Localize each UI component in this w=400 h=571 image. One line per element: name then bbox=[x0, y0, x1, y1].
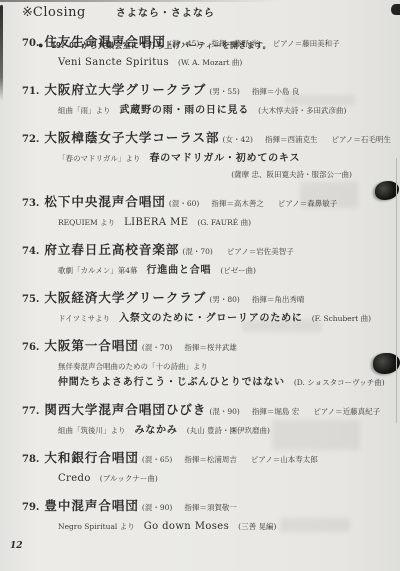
program-entry: 78.大和銀行合唱団(混・65)指揮＝松浦周吉ピアノ＝山本寿太郎Credo(ブル… bbox=[22, 450, 400, 485]
conductor-credit: 指揮＝松浦周吉 bbox=[184, 452, 237, 468]
conductor-credit: 指揮＝小島 良 bbox=[252, 84, 299, 100]
work-title: 武蔵野の雨・雨の日に見る bbox=[120, 105, 250, 116]
closing-row: ※Closing さよなら・さよなら bbox=[22, 4, 400, 20]
work-title: 仲間たちよさあ行こう・じぶんひとりではない bbox=[58, 377, 285, 388]
repertoire-line: 組曲「雨」より武蔵野の雨・雨の日に見る(大木惇夫詩・多田武彦曲) bbox=[58, 101, 400, 117]
work-title: みなかみ bbox=[135, 425, 178, 436]
repertoire-lines: 組曲「雨」より武蔵野の雨・雨の日に見る(大木惇夫詩・多田武彦曲) bbox=[58, 101, 400, 117]
pianist-credit: ピアノ＝岩佐美智子 bbox=[227, 244, 294, 260]
entry-number: 70. bbox=[22, 36, 39, 52]
repertoire-line: (薩摩 忠、阪田寛夫詩・服部公一曲) bbox=[58, 165, 352, 181]
pianist-credit: ピアノ＝森鼻敏子 bbox=[278, 196, 337, 212]
repertoire-line: 「春のマドリガル」より春のマドリガル・初めてのキス bbox=[58, 149, 400, 165]
repertoire-lines: 組曲「筑後川」よりみなかみ(丸山 豊詩・團伊玖磨曲) bbox=[58, 421, 400, 437]
entry-header-row: 76.大阪第一合唱団(混・70)指揮＝桜井武雄 bbox=[22, 338, 400, 356]
work-source: 無伴奏混声合唱曲のための「十の詩曲」より bbox=[58, 362, 208, 371]
repertoire-line: Credo(ブルックナー曲) bbox=[58, 469, 400, 485]
work-source: REQUIEM より bbox=[58, 218, 115, 227]
work-source: 「春のマドリガル」より bbox=[58, 154, 140, 163]
work-source: Negro Spiritual より bbox=[58, 522, 135, 531]
composer-credit: (大木惇夫詩・多田武彦曲) bbox=[258, 106, 346, 115]
conductor-credit: 指揮＝桜井武雄 bbox=[184, 340, 237, 356]
choir-name: 大阪第一合唱団 bbox=[44, 338, 139, 354]
choir-name: 府立春日丘高校音楽部 bbox=[44, 242, 179, 258]
program-entry-list: 70.住友生命混声合唱団(混・45)指揮＝藤野 光ピアノ＝藤田美和子Veni S… bbox=[0, 34, 400, 546]
repertoire-line: Veni Sancte Spiritus(W. A. Mozart 曲) bbox=[58, 53, 400, 69]
entry-header-row: 79.豊中混声合唱団(混・90)指揮＝須賀敬一 bbox=[22, 498, 400, 516]
pianist-credit: ピアノ＝石毛明生 bbox=[331, 132, 390, 148]
repertoire-line: 組曲「筑後川」よりみなかみ(丸山 豊詩・團伊玖磨曲) bbox=[58, 421, 400, 437]
choir-composition: (男・80) bbox=[209, 292, 239, 308]
entry-number: 75. bbox=[22, 292, 39, 308]
conductor-credit: 指揮＝堀島 宏 bbox=[252, 404, 299, 420]
composer-credit: (ビゼー曲) bbox=[220, 266, 256, 275]
choir-name: 松下中央混声合唱団 bbox=[44, 194, 166, 210]
repertoire-lines: REQUIEM よりLIBERA ME(G. FAURÉ 曲) bbox=[58, 213, 400, 229]
entry-number: 72. bbox=[22, 132, 39, 148]
program-entry: 77.関西大学混声合唱団ひびき(混・90)指揮＝堀島 宏ピアノ＝近藤真紀子組曲「… bbox=[22, 402, 400, 437]
pianist-credit: ピアノ＝近藤真紀子 bbox=[313, 404, 380, 420]
entry-header-row: 78.大和銀行合唱団(混・65)指揮＝松浦周吉ピアノ＝山本寿太郎 bbox=[22, 450, 400, 468]
choir-name: 住友生命混声合唱団 bbox=[44, 34, 166, 50]
program-entry: 73.松下中央混声合唱団(混・60)指揮＝高木善之ピアノ＝森鼻敏子REQUIEM… bbox=[22, 194, 400, 229]
repertoire-lines: 無伴奏混声合唱曲のための「十の詩曲」より仲間たちよさあ行こう・じぶんひとりではな… bbox=[58, 357, 400, 389]
repertoire-lines: Veni Sancte Spiritus(W. A. Mozart 曲) bbox=[58, 53, 400, 69]
choir-name: 大阪経済大学グリークラブ bbox=[44, 290, 206, 306]
scanned-program-page: 70.住友生命混声合唱団(混・45)指揮＝藤野 光ピアノ＝藤田美和子Veni S… bbox=[0, 0, 400, 571]
repertoire-line: Negro Spiritual よりGo down Moses(三善 晃編) bbox=[58, 517, 400, 533]
repertoire-lines: Credo(ブルックナー曲) bbox=[58, 469, 400, 485]
repertoire-line: REQUIEM よりLIBERA ME(G. FAURÉ 曲) bbox=[58, 213, 400, 229]
program-entry: 70.住友生命混声合唱団(混・45)指揮＝藤野 光ピアノ＝藤田美和子Veni S… bbox=[22, 34, 400, 69]
composer-credit: (G. FAURÉ 曲) bbox=[197, 218, 251, 227]
pianist-credit: ピアノ＝藤田美和子 bbox=[273, 36, 340, 52]
choir-composition: (男・55) bbox=[209, 84, 239, 100]
choir-name: 大阪樟蔭女子大学コーラス部 bbox=[44, 130, 219, 146]
conductor-credit: 指揮＝角出秀晴 bbox=[252, 292, 305, 308]
closing-label: Closing bbox=[33, 5, 86, 20]
repertoire-lines: 歌劇「カルメン」第4幕行進曲と合唱(ビゼー曲) bbox=[58, 261, 400, 277]
pianist-credit: ピアノ＝山本寿太郎 bbox=[251, 452, 318, 468]
choir-composition: (混・90) bbox=[209, 404, 239, 420]
work-title: Credo bbox=[58, 473, 91, 484]
program-entry: 71.大阪府立大学グリークラブ(男・55)指揮＝小島 良組曲「雨」より武蔵野の雨… bbox=[22, 82, 400, 117]
scan-edge-shadow-top bbox=[0, 0, 280, 2]
composer-credit: (D. ショスタコーヴッチ曲) bbox=[294, 378, 385, 387]
entry-header-row: 77.関西大学混声合唱団ひびき(混・90)指揮＝堀島 宏ピアノ＝近藤真紀子 bbox=[22, 402, 400, 420]
composer-credit: (ブルックナー曲) bbox=[100, 474, 158, 483]
program-entry: 75.大阪経済大学グリークラブ(男・80)指揮＝角出秀晴ドイツミサより入祭文のた… bbox=[22, 290, 400, 325]
entry-header-row: 72.大阪樟蔭女子大学コーラス部(女・42)指揮＝西浦克生ピアノ＝石毛明生 bbox=[22, 130, 400, 148]
choir-composition: (混・45) bbox=[169, 36, 199, 52]
choir-name: 大阪府立大学グリークラブ bbox=[44, 82, 206, 98]
entry-header-row: 71.大阪府立大学グリークラブ(男・55)指揮＝小島 良 bbox=[22, 82, 400, 100]
work-source: ドイツミサより bbox=[58, 314, 110, 323]
work-title: Go down Moses bbox=[144, 521, 229, 532]
choir-composition: (混・60) bbox=[169, 196, 199, 212]
page-number: 12 bbox=[10, 541, 23, 551]
repertoire-lines: ドイツミサより入祭文のために・グローリアのために(F. Schubert 曲) bbox=[58, 309, 400, 325]
program-entry: 72.大阪樟蔭女子大学コーラス部(女・42)指揮＝西浦克生ピアノ＝石毛明生「春の… bbox=[22, 130, 400, 181]
composer-credit: (丸山 豊詩・團伊玖磨曲) bbox=[187, 426, 270, 435]
work-title: LIBERA ME bbox=[124, 217, 188, 228]
conductor-credit: 指揮＝高木善之 bbox=[211, 196, 264, 212]
entry-header-row: 74.府立春日丘高校音楽部(混・70)ピアノ＝岩佐美智子 bbox=[22, 242, 400, 260]
work-source: 組曲「雨」より bbox=[58, 106, 111, 115]
conductor-credit: 指揮＝須賀敬一 bbox=[184, 500, 237, 516]
program-entry: 76.大阪第一合唱団(混・70)指揮＝桜井武雄無伴奏混声合唱曲のための「十の詩曲… bbox=[22, 338, 400, 389]
entry-header-row: 73.松下中央混声合唱団(混・60)指揮＝高木善之ピアノ＝森鼻敏子 bbox=[22, 194, 400, 212]
repertoire-line: 仲間たちよさあ行こう・じぶんひとりではない(D. ショスタコーヴッチ曲) bbox=[58, 373, 400, 389]
conductor-credit: 指揮＝西浦克生 bbox=[265, 132, 318, 148]
entry-number: 73. bbox=[22, 196, 39, 212]
repertoire-line: ドイツミサより入祭文のために・グローリアのために(F. Schubert 曲) bbox=[58, 309, 400, 325]
program-entry: 74.府立春日丘高校音楽部(混・70)ピアノ＝岩佐美智子歌劇「カルメン」第4幕行… bbox=[22, 242, 400, 277]
work-source: 歌劇「カルメン」第4幕 bbox=[58, 266, 138, 275]
choir-name: 関西大学混声合唱団ひびき bbox=[44, 402, 206, 418]
repertoire-line: 無伴奏混声合唱曲のための「十の詩曲」より bbox=[58, 357, 400, 373]
work-title: 行進曲と合唱 bbox=[147, 265, 212, 276]
entry-header-row: 75.大阪経済大学グリークラブ(男・80)指揮＝角出秀晴 bbox=[22, 290, 400, 308]
entry-number: 79. bbox=[22, 500, 39, 516]
choir-composition: (混・65) bbox=[142, 452, 172, 468]
scan-ink-mark bbox=[391, 4, 400, 15]
entry-number: 74. bbox=[22, 244, 39, 260]
repertoire-lines: 「春のマドリガル」より春のマドリガル・初めてのキス(薩摩 忠、阪田寛夫詩・服部公… bbox=[58, 149, 400, 181]
entry-number: 77. bbox=[22, 404, 39, 420]
composer-credit: (F. Schubert 曲) bbox=[312, 314, 371, 323]
choir-composition: (混・70) bbox=[182, 244, 212, 260]
program-entry: 79.豊中混声合唱団(混・90)指揮＝須賀敬一Negro Spiritual よ… bbox=[22, 498, 400, 533]
closing-songs: さよなら・さよなら bbox=[116, 4, 215, 19]
choir-composition: (女・42) bbox=[223, 132, 253, 148]
entry-number: 76. bbox=[22, 340, 39, 356]
composer-credit: (W. A. Mozart 曲) bbox=[178, 58, 242, 67]
repertoire-line: 歌劇「カルメン」第4幕行進曲と合唱(ビゼー曲) bbox=[58, 261, 400, 277]
composer-credit: (三善 晃編) bbox=[238, 522, 276, 531]
work-title: 春のマドリガル・初めてのキス bbox=[149, 153, 300, 164]
choir-composition: (混・90) bbox=[142, 500, 172, 516]
composer-credit: (薩摩 忠、阪田寛夫詩・服部公一曲) bbox=[231, 170, 352, 179]
work-title: Veni Sancte Spiritus bbox=[58, 57, 169, 68]
work-source: 組曲「筑後川」より bbox=[58, 426, 126, 435]
entry-header-row: 70.住友生命混声合唱団(混・45)指揮＝藤野 光ピアノ＝藤田美和子 bbox=[22, 34, 400, 52]
work-title: 入祭文のために・グローリアのために bbox=[119, 313, 303, 324]
choir-composition: (混・70) bbox=[142, 340, 172, 356]
choir-name: 豊中混声合唱団 bbox=[44, 498, 139, 514]
repertoire-lines: Negro Spiritual よりGo down Moses(三善 晃編) bbox=[58, 517, 400, 533]
conductor-credit: 指揮＝藤野 光 bbox=[211, 36, 258, 52]
choir-name: 大和銀行合唱団 bbox=[44, 450, 139, 466]
entry-number: 71. bbox=[22, 84, 39, 100]
entry-number: 78. bbox=[22, 452, 39, 468]
closing-asterisk-mark: ※ bbox=[22, 5, 33, 20]
